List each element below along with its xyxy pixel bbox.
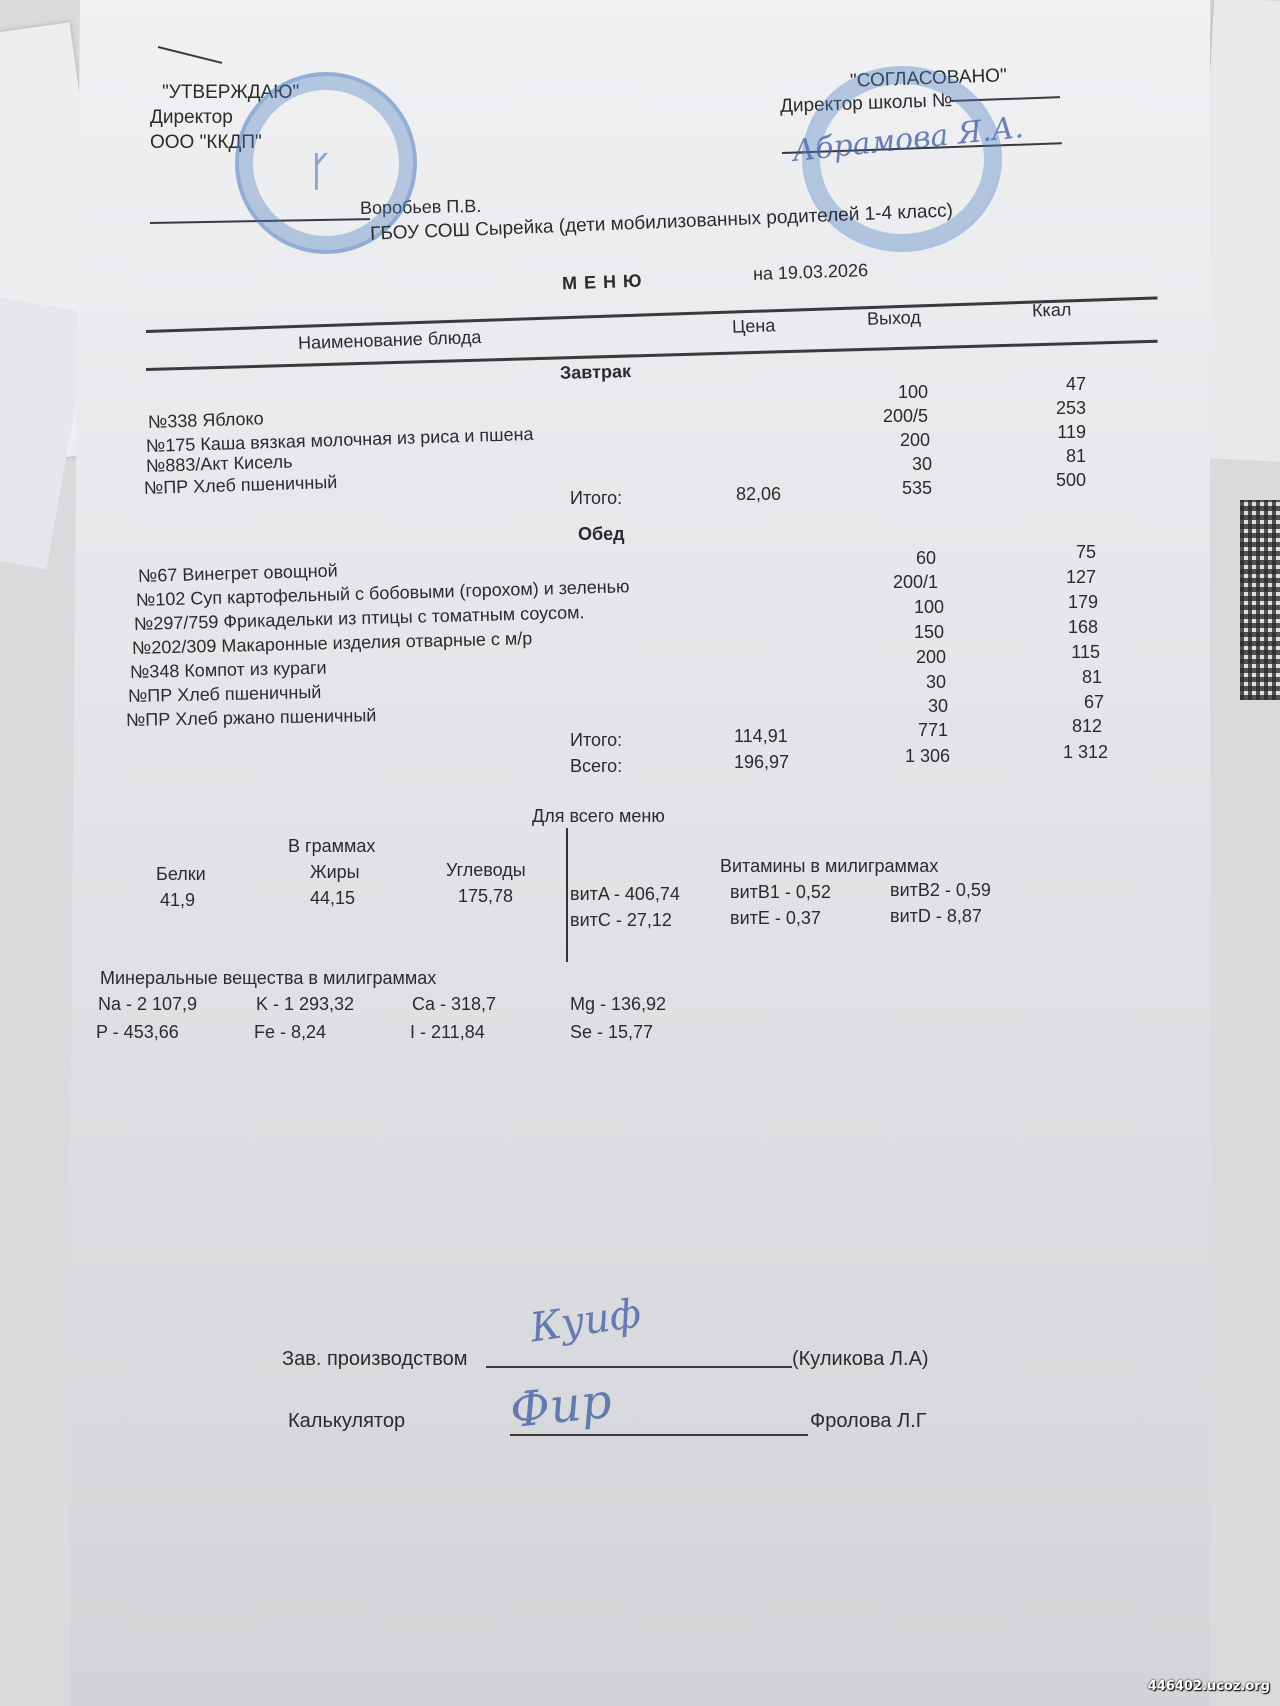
protein-value: 41,9 bbox=[160, 890, 195, 911]
calculator-signature: Фир bbox=[507, 1373, 614, 1439]
menu-item-kcal: 127 bbox=[1030, 567, 1096, 588]
menu-document: "УТВЕРЖДАЮ" Директор ООО "ККДП" Воробьев… bbox=[70, 0, 1210, 1706]
breakfast-total-label: Итого: bbox=[570, 488, 622, 509]
mineral-na: Na - 2 107,9 bbox=[98, 994, 197, 1015]
qr-code-fragment bbox=[1240, 500, 1280, 700]
menu-item-kcal: 47 bbox=[1020, 374, 1086, 395]
mineral-ca: Ca - 318,7 bbox=[412, 994, 496, 1015]
grand-total-label: Всего: bbox=[570, 756, 622, 777]
vitamin-e: витE - 0,37 bbox=[730, 908, 821, 929]
menu-item-kcal: 67 bbox=[1038, 692, 1104, 713]
menu-item-yield: 100 bbox=[848, 382, 928, 403]
calculator-name: Фролова Л.Г bbox=[810, 1410, 927, 1433]
menu-item-kcal: 75 bbox=[1030, 542, 1096, 563]
column-header-price: Цена bbox=[732, 315, 776, 337]
mineral-k: K - 1 293,32 bbox=[256, 994, 354, 1015]
vitamin-b1: витB1 - 0,52 bbox=[730, 882, 831, 903]
menu-date: на 19.03.2026 bbox=[753, 260, 869, 285]
menu-item-yield: 200 bbox=[850, 430, 930, 451]
vitamin-c: витC - 27,12 bbox=[570, 910, 672, 931]
menu-item-yield: 30 bbox=[866, 672, 946, 693]
breakfast-total-price: 82,06 bbox=[736, 484, 781, 505]
menu-item-yield: 150 bbox=[864, 622, 944, 643]
menu-item-kcal: 179 bbox=[1032, 592, 1098, 613]
lunch-total-yield: 771 bbox=[870, 720, 948, 741]
column-header-name: Наименование блюда bbox=[298, 327, 482, 354]
pen-mark bbox=[158, 46, 223, 64]
menu-item-kcal: 119 bbox=[1020, 422, 1086, 443]
mineral-se: Se - 15,77 bbox=[570, 1022, 653, 1043]
site-watermark: 446402.ucoz.org bbox=[1148, 1679, 1270, 1694]
carbs-label: Углеводы bbox=[446, 860, 526, 881]
mineral-fe: Fe - 8,24 bbox=[254, 1022, 326, 1043]
menu-item-name: №348 Компот из кураги bbox=[130, 658, 327, 683]
menu-item-yield: 200/5 bbox=[848, 406, 928, 427]
menu-item-kcal: 115 bbox=[1034, 642, 1100, 663]
calculator-label: Калькулятор bbox=[288, 1410, 405, 1433]
breakfast-total-kcal: 500 bbox=[1020, 470, 1086, 491]
production-label: Зав. производством bbox=[282, 1348, 468, 1371]
nutrition-heading: Для всего меню bbox=[532, 806, 665, 827]
grams-heading: В граммах bbox=[288, 836, 375, 857]
signature-line bbox=[486, 1366, 792, 1368]
stamp-emblem-icon: ᚴ bbox=[308, 150, 332, 195]
column-header-kcal: Ккал bbox=[1032, 299, 1072, 321]
vitamin-a: витA - 406,74 bbox=[570, 884, 680, 905]
table-top-rule bbox=[146, 296, 1158, 333]
section-lunch: Обед bbox=[578, 524, 625, 545]
grand-total-yield: 1 306 bbox=[870, 746, 950, 767]
menu-item-kcal: 253 bbox=[1020, 398, 1086, 419]
menu-item-name: №338 Яблоко bbox=[148, 408, 264, 433]
production-signature: Куиф bbox=[527, 1290, 644, 1351]
vitamin-d: витD - 8,87 bbox=[890, 906, 982, 927]
lunch-total-label: Итого: bbox=[570, 730, 622, 751]
approve-position: Директор bbox=[150, 107, 233, 129]
menu-item-name: №ПР Хлеб ржано пшеничный bbox=[126, 705, 377, 731]
menu-item-yield: 200 bbox=[866, 647, 946, 668]
mineral-mg: Mg - 136,92 bbox=[570, 994, 666, 1015]
mineral-p: P - 453,66 bbox=[96, 1022, 179, 1043]
production-name: (Куликова Л.А) bbox=[792, 1348, 929, 1371]
carbs-value: 175,78 bbox=[458, 886, 513, 907]
grand-total-price: 196,97 bbox=[734, 752, 789, 773]
menu-item-kcal: 81 bbox=[1020, 446, 1086, 467]
fat-label: Жиры bbox=[310, 862, 360, 883]
menu-item-yield: 30 bbox=[852, 454, 932, 475]
column-header-yield: Выход bbox=[867, 307, 922, 330]
menu-item-kcal: 81 bbox=[1036, 667, 1102, 688]
nutrition-divider bbox=[566, 828, 568, 962]
breakfast-total-yield: 535 bbox=[850, 478, 932, 499]
vitamin-b2: витB2 - 0,59 bbox=[890, 880, 991, 901]
lunch-total-kcal: 812 bbox=[1036, 716, 1102, 737]
menu-item-yield: 200/1 bbox=[858, 572, 938, 593]
menu-item-yield: 30 bbox=[868, 696, 948, 717]
mineral-i: I - 211,84 bbox=[410, 1022, 485, 1043]
menu-item-yield: 60 bbox=[856, 548, 936, 569]
menu-item-name: №ПР Хлеб пшеничный bbox=[128, 682, 322, 707]
grand-total-kcal: 1 312 bbox=[1036, 742, 1108, 763]
menu-title: М Е Н Ю bbox=[562, 271, 643, 295]
fat-value: 44,15 bbox=[310, 888, 355, 909]
menu-item-kcal: 168 bbox=[1032, 617, 1098, 638]
vitamins-heading: Витамины в милиграммах bbox=[720, 856, 938, 877]
menu-item-yield: 100 bbox=[864, 597, 944, 618]
section-breakfast: Завтрак bbox=[560, 361, 631, 384]
protein-label: Белки bbox=[156, 864, 206, 885]
lunch-total-price: 114,91 bbox=[734, 726, 788, 747]
minerals-heading: Минеральные вещества в милиграммах bbox=[100, 968, 436, 989]
menu-item-name: №67 Винегрет овощной bbox=[138, 560, 338, 587]
